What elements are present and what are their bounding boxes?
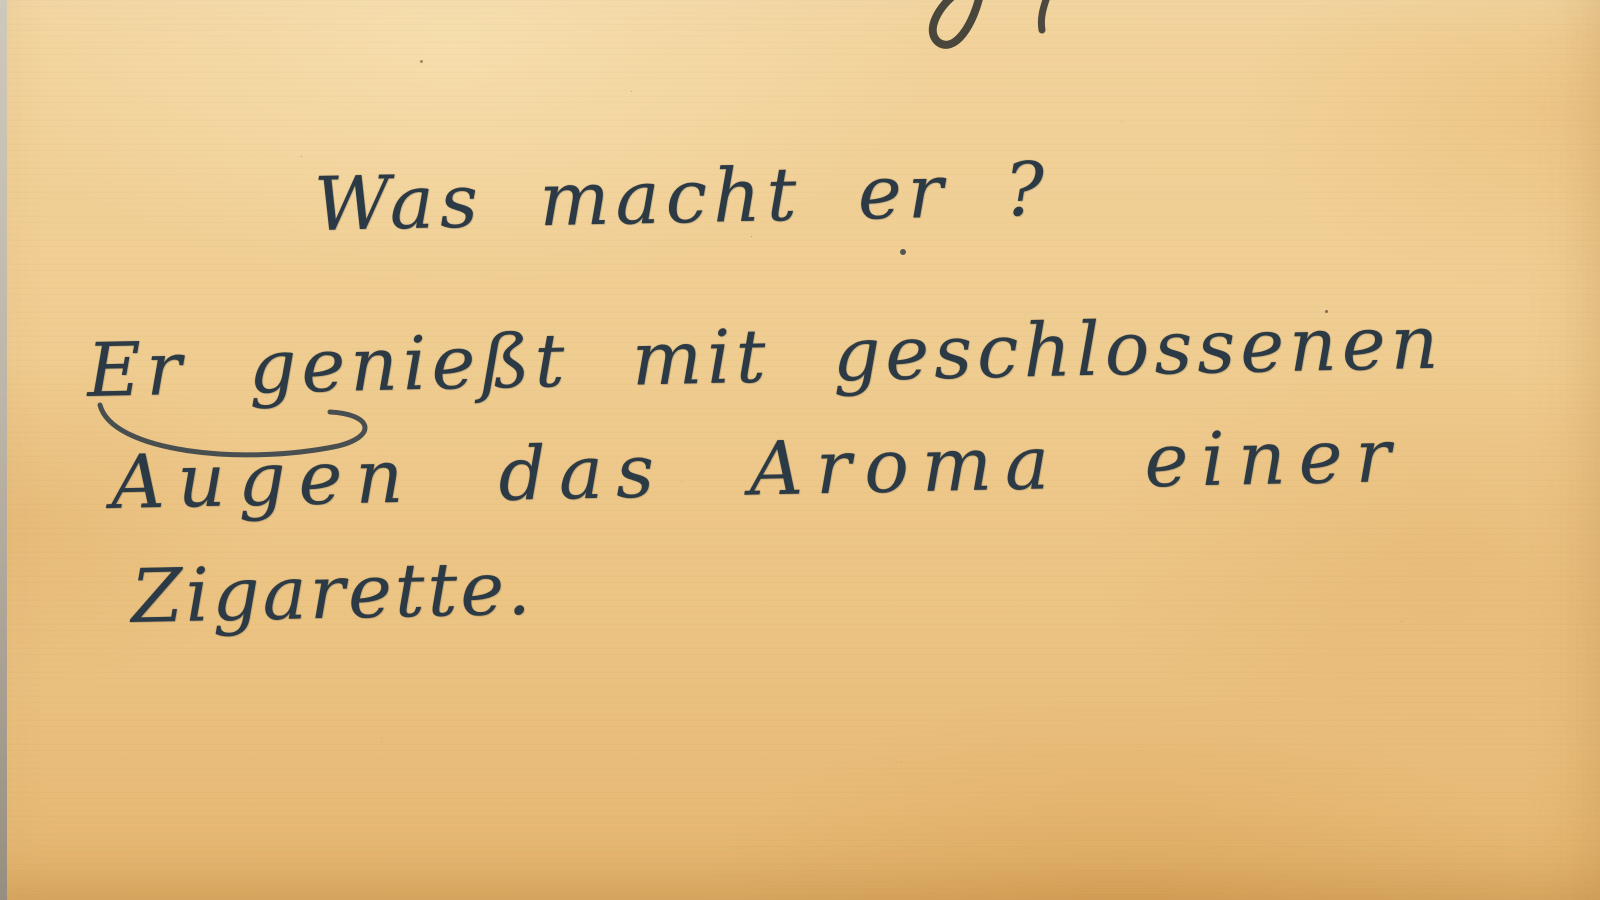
photo-of-note: Was macht er ? Er genießt mit geschlosse… <box>0 0 1600 900</box>
paper-specks <box>420 60 423 63</box>
handwritten-answer-line-3: Zigarette. <box>130 546 534 640</box>
handwritten-question-line: Was macht er ? <box>313 147 1051 248</box>
paper-edge-strip <box>0 0 7 900</box>
